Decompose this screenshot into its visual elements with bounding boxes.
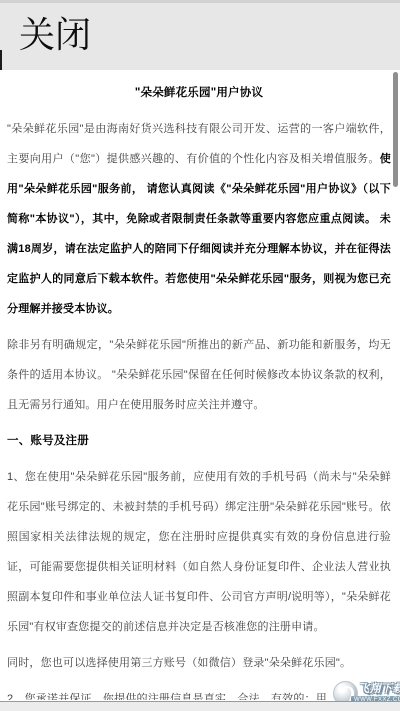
agreement-title: "朵朵鲜花乐园"用户协议 — [7, 83, 391, 103]
agreement-screen: 关闭 "朵朵鲜花乐园"用户协议 "朵朵鲜花乐园"是由海南好货兴选科技有限公司开发… — [0, 0, 400, 711]
amendment-paragraph: 除非另有明确规定，"朵朵鲜花乐园"所推出的新产品、新功能和新服务，均无条件的适用… — [7, 330, 391, 420]
clause-1-third-party-paragraph: 同时，您也可以选择使用第三方账号（如微信）登录"朵朵鲜花乐园"。 — [7, 648, 391, 678]
clause-1-paragraph: 1、您在使用"朵朵鲜花乐园"服务前，应使用有效的手机号码（尚未与"朵朵鲜花乐园"… — [7, 462, 391, 642]
header-bar: 关闭 — [0, 0, 400, 70]
close-button[interactable]: 关闭 — [19, 17, 91, 53]
intro-regular-text: "朵朵鲜花乐园"是由海南好货兴选科技有限公司开发、运营的一客户端软件，主要向用户… — [7, 123, 391, 165]
intro-bold-text: 使用"朵朵鲜花乐园"服务前， 请您认真阅读《"朵朵鲜花乐园"用户协议》（以下简称… — [7, 153, 391, 315]
left-edge-artifact — [0, 50, 2, 70]
agreement-scroll-area[interactable]: "朵朵鲜花乐园"用户协议 "朵朵鲜花乐园"是由海南好货兴选科技有限公司开发、运营… — [0, 70, 400, 700]
intro-paragraph: "朵朵鲜花乐园"是由海南好货兴选科技有限公司开发、运营的一客户端软件，主要向用户… — [7, 114, 391, 324]
section-1-heading: 一、账号及注册 — [7, 426, 391, 456]
scrollbar-thumb[interactable] — [393, 72, 398, 187]
watermark-site-name: 飞翔下载 — [358, 683, 400, 696]
bottom-strip — [0, 701, 400, 711]
